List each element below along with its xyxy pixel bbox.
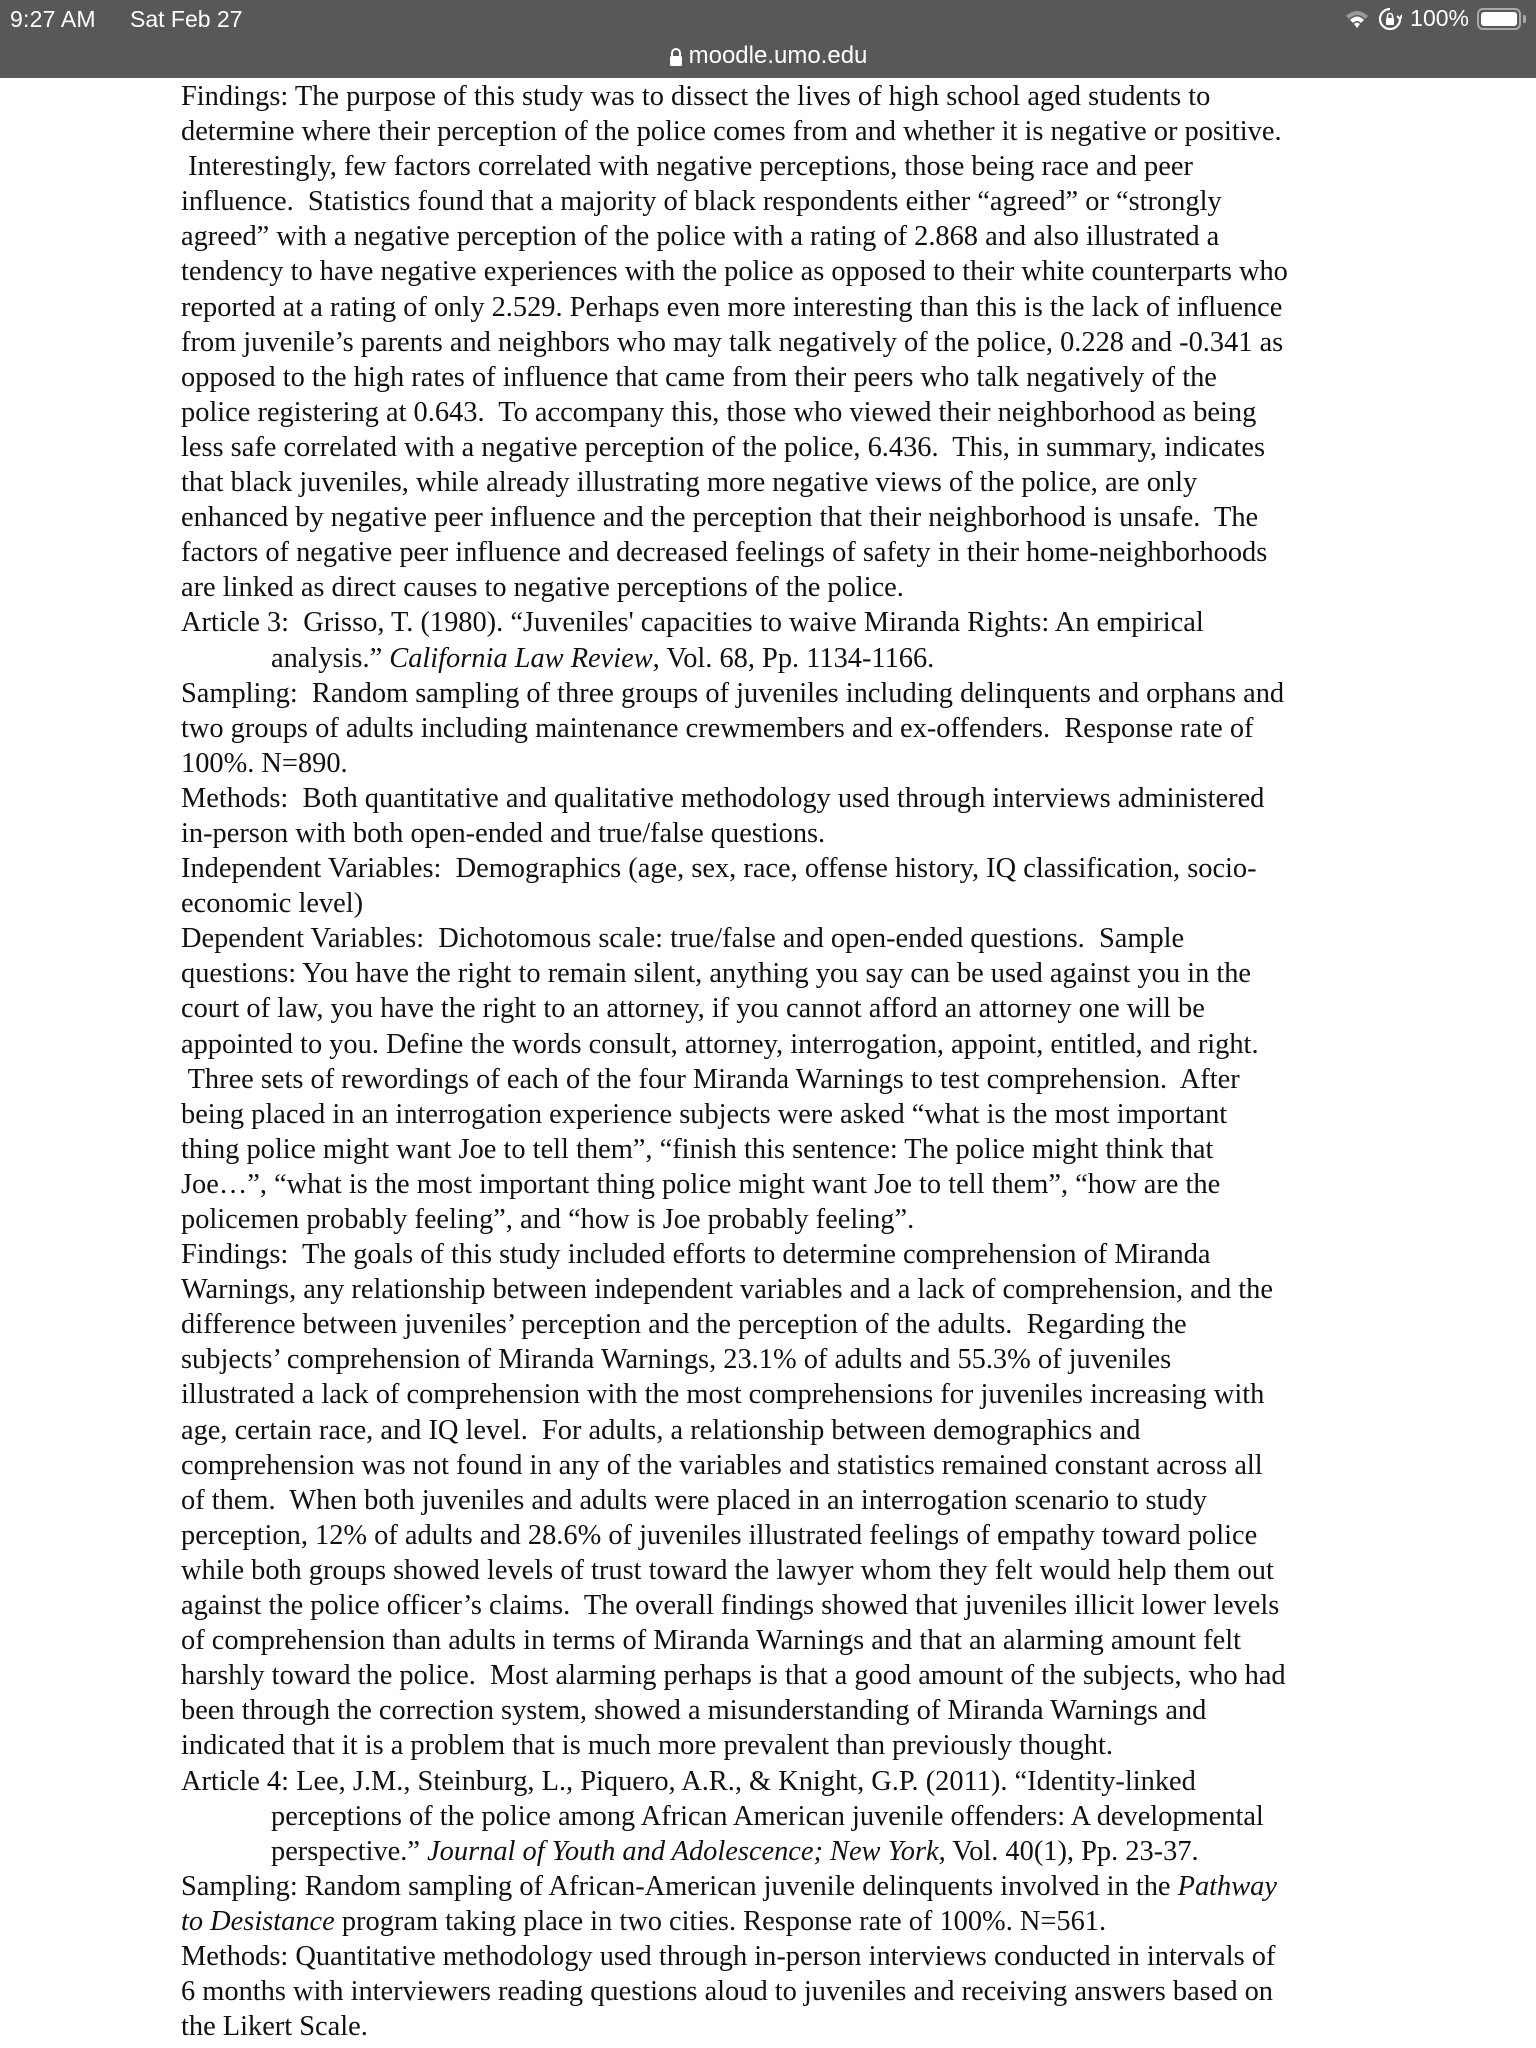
text-line: subjects’ comprehension of Miranda Warni… [181, 1342, 1361, 1377]
battery-icon [1477, 8, 1521, 30]
journal-title: California Law Review [389, 643, 652, 674]
text-line: policemen probably feeling”, and “how is… [181, 1202, 1361, 1237]
article3-findings: Findings: The goals of this study includ… [181, 1237, 1361, 1763]
status-time: 9:27 AM [10, 6, 96, 33]
article3-independent-variables: Independent Variables: Demographics (age… [181, 851, 1361, 921]
citation-line: perceptions of the police among African … [181, 1799, 1361, 1834]
text-line: Findings: The purpose of this study was … [181, 79, 1361, 114]
text-line: comprehension was not found in any of th… [181, 1448, 1361, 1483]
status-row: 9:27 AM Sat Feb 27 100% [0, 0, 1536, 40]
text-line: Three sets of rewordings of each of the … [181, 1062, 1361, 1097]
lock-icon [669, 46, 683, 66]
citation-text: analysis.” [271, 643, 389, 674]
status-indicators: 100% [1344, 5, 1526, 32]
text-line: Sampling: Random sampling of African-Ame… [181, 1869, 1361, 1904]
citation-text: , Vol. 68, Pp. 1134-1166. [653, 643, 935, 674]
text-line: Dependent Variables: Dichotomous scale: … [181, 921, 1361, 956]
text-line: age, certain race, and IQ level. For adu… [181, 1413, 1361, 1448]
text-line: influence. Statistics found that a major… [181, 184, 1361, 219]
text-line: questions: You have the right to remain … [181, 956, 1361, 991]
text-line: opposed to the high rates of influence t… [181, 360, 1361, 395]
article4-citation: Article 4: Lee, J.M., Steinburg, L., Piq… [181, 1764, 1361, 1869]
battery-tip [1523, 15, 1526, 23]
rotation-lock-icon [1378, 7, 1402, 31]
text-line: from juvenile’s parents and neighbors wh… [181, 325, 1361, 360]
text-line: determine where their perception of the … [181, 114, 1361, 149]
text-line: while both groups showed levels of trust… [181, 1553, 1361, 1588]
text-fragment: Sampling: Random sampling of African-Ame… [181, 1871, 1178, 1902]
text-line: 6 months with interviewers reading quest… [181, 1974, 1361, 2009]
battery-percent: 100% [1410, 5, 1469, 32]
citation-line: Article 3: Grisso, T. (1980). “Juveniles… [181, 605, 1361, 640]
text-line: thing police might want Joe to tell them… [181, 1132, 1361, 1167]
text-line: economic level) [181, 886, 1361, 921]
citation-line: perspective.” Journal of Youth and Adole… [181, 1834, 1361, 1869]
text-line: of comprehension than adults in terms of… [181, 1623, 1361, 1658]
url-text[interactable]: moodle.umo.edu [689, 42, 868, 70]
program-name: Pathway [1178, 1871, 1277, 1902]
text-line: Findings: The goals of this study includ… [181, 1237, 1361, 1272]
journal-title: Journal of Youth and Adolescence; New Yo… [427, 1836, 946, 1867]
article3-methods: Methods: Both quantitative and qualitati… [181, 781, 1361, 851]
text-line: Joe…”, “what is the most important thing… [181, 1167, 1361, 1202]
text-line: Methods: Both quantitative and qualitati… [181, 781, 1361, 816]
text-line: court of law, you have the right to an a… [181, 991, 1361, 1026]
article3-dependent-variables: Dependent Variables: Dichotomous scale: … [181, 921, 1361, 1237]
program-name: to Desistance [181, 1906, 335, 1937]
text-line: in-person with both open-ended and true/… [181, 816, 1361, 851]
text-line: illustrated a lack of comprehension with… [181, 1377, 1361, 1412]
text-line: factors of negative peer influence and d… [181, 535, 1361, 570]
text-line: reported at a rating of only 2.529. Perh… [181, 290, 1361, 325]
status-date: Sat Feb 27 [130, 6, 243, 33]
text-line: Interestingly, few factors correlated wi… [181, 149, 1361, 184]
article3-citation: Article 3: Grisso, T. (1980). “Juveniles… [181, 605, 1361, 675]
text-line: are linked as direct causes to negative … [181, 570, 1361, 605]
text-line: difference between juveniles’ perception… [181, 1307, 1361, 1342]
wifi-icon [1344, 8, 1370, 30]
text-line: appointed to you. Define the words consu… [181, 1027, 1361, 1062]
text-line: enhanced by negative peer influence and … [181, 500, 1361, 535]
citation-text: perspective.” [271, 1836, 427, 1867]
status-bar: 9:27 AM Sat Feb 27 100% [0, 0, 1536, 78]
text-line: police registering at 0.643. To accompan… [181, 395, 1361, 430]
citation-line: Article 4: Lee, J.M., Steinburg, L., Piq… [181, 1764, 1361, 1799]
article4-sampling: Sampling: Random sampling of African-Ame… [181, 1869, 1361, 1939]
text-line: of them. When both juveniles and adults … [181, 1483, 1361, 1518]
text-line: indicated that it is a problem that is m… [181, 1728, 1361, 1763]
text-line: to Desistance program taking place in tw… [181, 1904, 1361, 1939]
text-line: two groups of adults including maintenan… [181, 711, 1361, 746]
article3-sampling: Sampling: Random sampling of three group… [181, 676, 1361, 781]
text-line: the Likert Scale. [181, 2009, 1361, 2044]
text-line: 100%. N=890. [181, 746, 1361, 781]
text-line: being placed in an interrogation experie… [181, 1097, 1361, 1132]
text-line: that black juveniles, while already illu… [181, 465, 1361, 500]
text-line: been through the correction system, show… [181, 1693, 1361, 1728]
text-fragment: program taking place in two cities. Resp… [335, 1906, 1106, 1937]
text-line: harshly toward the police. Most alarming… [181, 1658, 1361, 1693]
article2-findings: Findings: The purpose of this study was … [181, 79, 1361, 605]
address-bar[interactable]: moodle.umo.edu [0, 38, 1536, 74]
text-line: Methods: Quantitative methodology used t… [181, 1939, 1361, 1974]
text-line: less safe correlated with a negative per… [181, 430, 1361, 465]
citation-text: Vol. 40(1), Pp. 23-37. [946, 1836, 1199, 1867]
text-line: tendency to have negative experiences wi… [181, 254, 1361, 289]
text-line: Independent Variables: Demographics (age… [181, 851, 1361, 886]
citation-line: analysis.” California Law Review, Vol. 6… [181, 641, 1361, 676]
text-line: Warnings, any relationship between indep… [181, 1272, 1361, 1307]
text-line: agreed” with a negative perception of th… [181, 219, 1361, 254]
text-line: perception, 12% of adults and 28.6% of j… [181, 1518, 1361, 1553]
text-line: against the police officer’s claims. The… [181, 1588, 1361, 1623]
article4-methods: Methods: Quantitative methodology used t… [181, 1939, 1361, 2044]
text-line: Sampling: Random sampling of three group… [181, 676, 1361, 711]
document-content: Findings: The purpose of this study was … [181, 79, 1361, 2044]
